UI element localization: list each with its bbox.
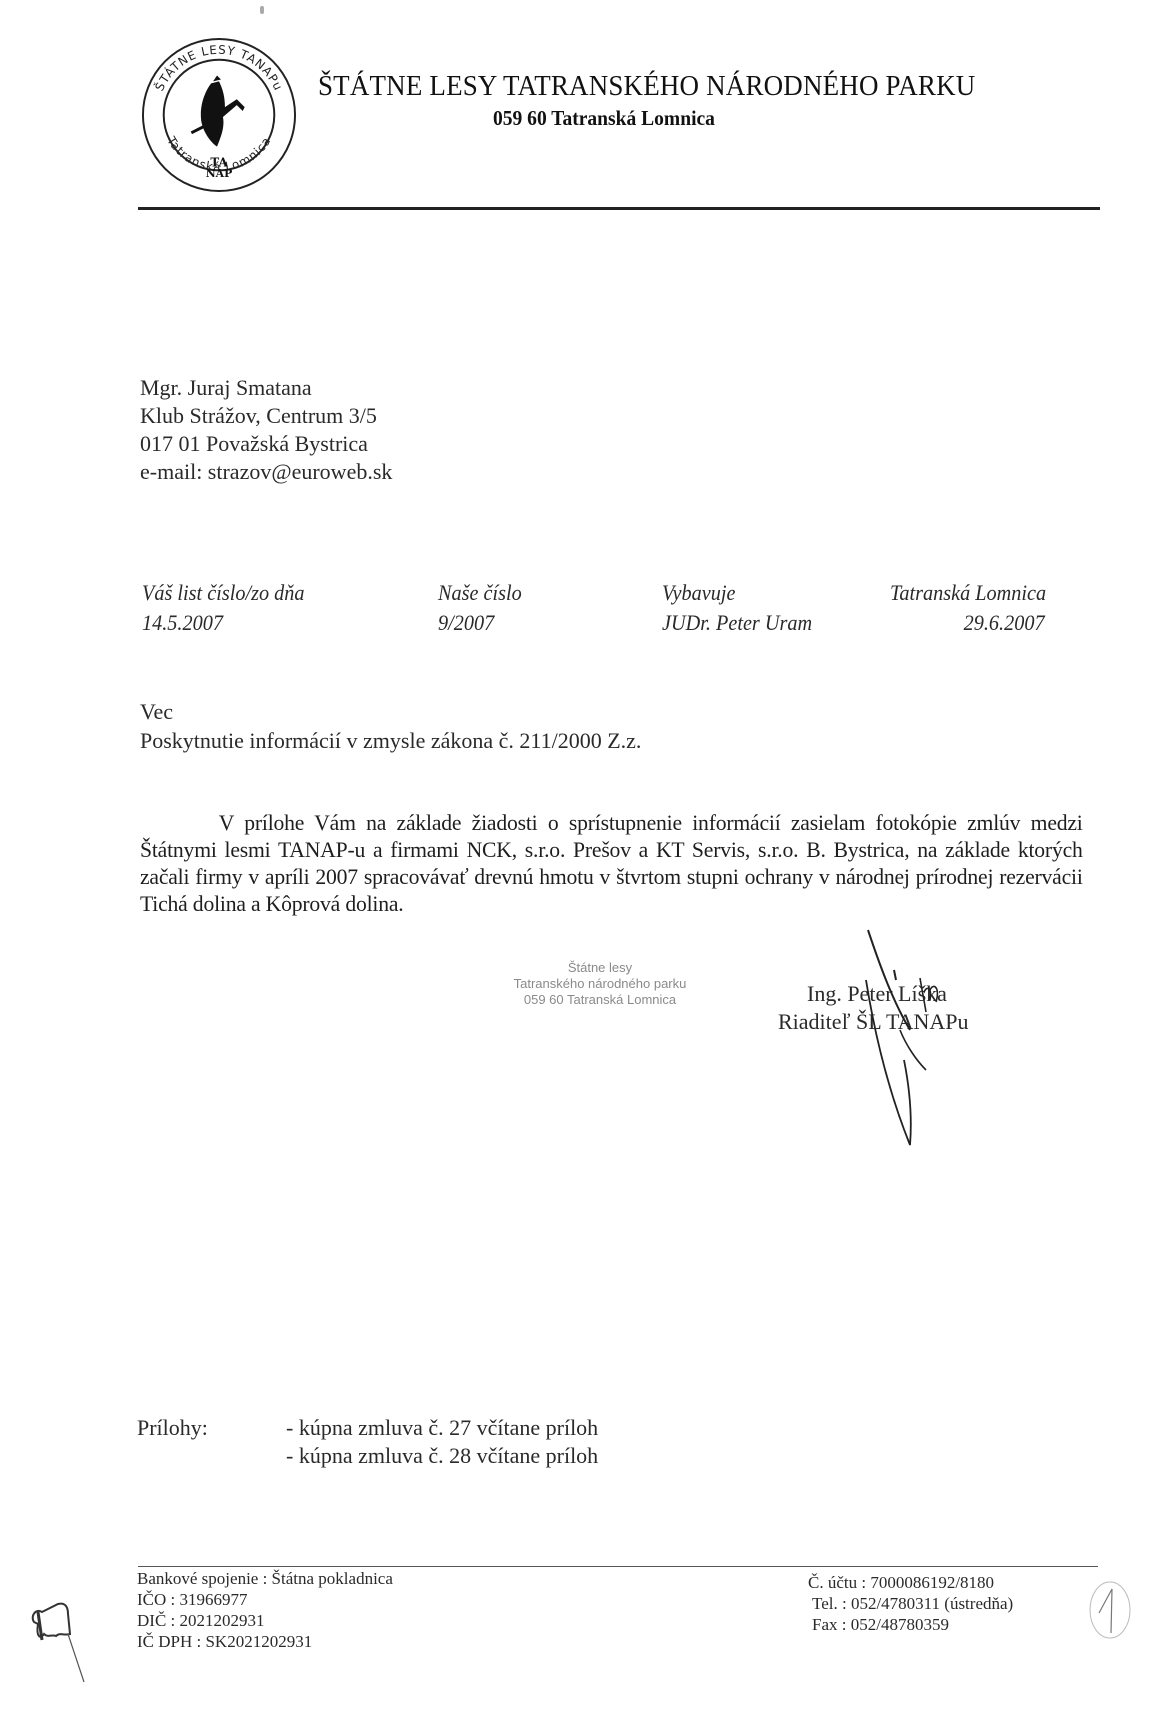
stamp-line-2: Tatranského národného parku [480, 976, 720, 992]
footer-dic: DIČ : 2021202931 [137, 1610, 393, 1631]
organization-name: ŠTÁTNE LESY TATRANSKÉHO NÁRODNÉHO PARKU [318, 70, 975, 103]
reference-our-number: Naše číslo 9/2007 [438, 578, 522, 638]
header-divider [138, 207, 1100, 210]
reference-handled-by: Vybavuje JUDr. Peter Uram [662, 578, 812, 638]
subject-text: Poskytnutie informácií v zmysle zákona č… [140, 726, 641, 755]
subject-block: Vec Poskytnutie informácií v zmysle záko… [140, 697, 641, 755]
recipient-email: e-mail: strazov@euroweb.sk [140, 458, 392, 486]
footer-ic-dph: IČ DPH : SK2021202931 [137, 1631, 393, 1652]
footer-divider [138, 1566, 1098, 1567]
reference-label: Tatranská Lomnica [890, 578, 1046, 608]
attachments-list: - kúpna zmluva č. 27 včítane príloh - kú… [286, 1414, 598, 1470]
organization-stamp: Štátne lesy Tatranského národného parku … [480, 960, 720, 1008]
signatory-title: Riaditeľ ŠL TANAPu [778, 1009, 969, 1034]
footer-company-info: Bankové spojenie : Štátna pokladnica IČO… [137, 1568, 393, 1652]
chamois-seal-icon: ŠTÁTNE LESY TANAPu Tatranská Lomnica TA … [140, 36, 298, 194]
svg-text:NAP: NAP [206, 167, 233, 180]
reference-value: JUDr. Peter Uram [662, 608, 812, 638]
attachment-item: - kúpna zmluva č. 27 včítane príloh [286, 1414, 598, 1442]
stamp-line-1: Štátne lesy [480, 960, 720, 976]
organization-address: 059 60 Tatranská Lomnica [493, 106, 715, 131]
attachment-item: - kúpna zmluva č. 28 včítane príloh [286, 1442, 598, 1470]
footer-contact-info: Č. účtu : 7000086192/8180 Tel. : 052/478… [808, 1572, 1013, 1635]
reference-label: Naše číslo [438, 578, 522, 608]
footer-fax: Fax : 052/48780359 [808, 1614, 1013, 1635]
reference-your-letter: Váš list číslo/zo dňa 14.5.2007 [142, 578, 304, 638]
reference-value: 29.6.2007 [890, 608, 1046, 638]
handwritten-signature-icon [800, 920, 1020, 1160]
attachments-label: Prílohy: [137, 1414, 208, 1442]
handwritten-page-number-icon [1085, 1575, 1135, 1645]
letter-body: V prílohe Vám na základe žiadosti o sprí… [140, 809, 1083, 917]
footer-ico: IČO : 31966977 [137, 1589, 393, 1610]
recipient-street: Klub Strážov, Centrum 3/5 [140, 402, 392, 430]
recipient-block: Mgr. Juraj Smatana Klub Strážov, Centrum… [140, 374, 392, 486]
reference-value: 14.5.2007 [142, 608, 304, 638]
signatory-block: Ing. Peter Líška Riaditeľ ŠL TANAPu [778, 980, 969, 1036]
scan-speck [260, 6, 264, 14]
reference-place-date: Tatranská Lomnica 29.6.2007 [890, 578, 1046, 638]
footer-bank: Bankové spojenie : Štátna pokladnica [137, 1568, 393, 1589]
recipient-city: 017 01 Považská Bystrica [140, 430, 392, 458]
footer-account: Č. účtu : 7000086192/8180 [808, 1572, 1013, 1593]
reference-value: 9/2007 [438, 608, 522, 638]
signatory-name: Ing. Peter Líška [778, 980, 969, 1008]
reference-label: Váš list číslo/zo dňa [142, 578, 304, 608]
stamp-line-3: 059 60 Tatranská Lomnica [480, 992, 720, 1008]
subject-label: Vec [140, 697, 641, 726]
reference-label: Vybavuje [662, 578, 812, 608]
handwritten-initials-icon [20, 1600, 90, 1700]
recipient-name: Mgr. Juraj Smatana [140, 374, 392, 402]
footer-tel: Tel. : 052/4780311 (ústredňa) [808, 1593, 1013, 1614]
